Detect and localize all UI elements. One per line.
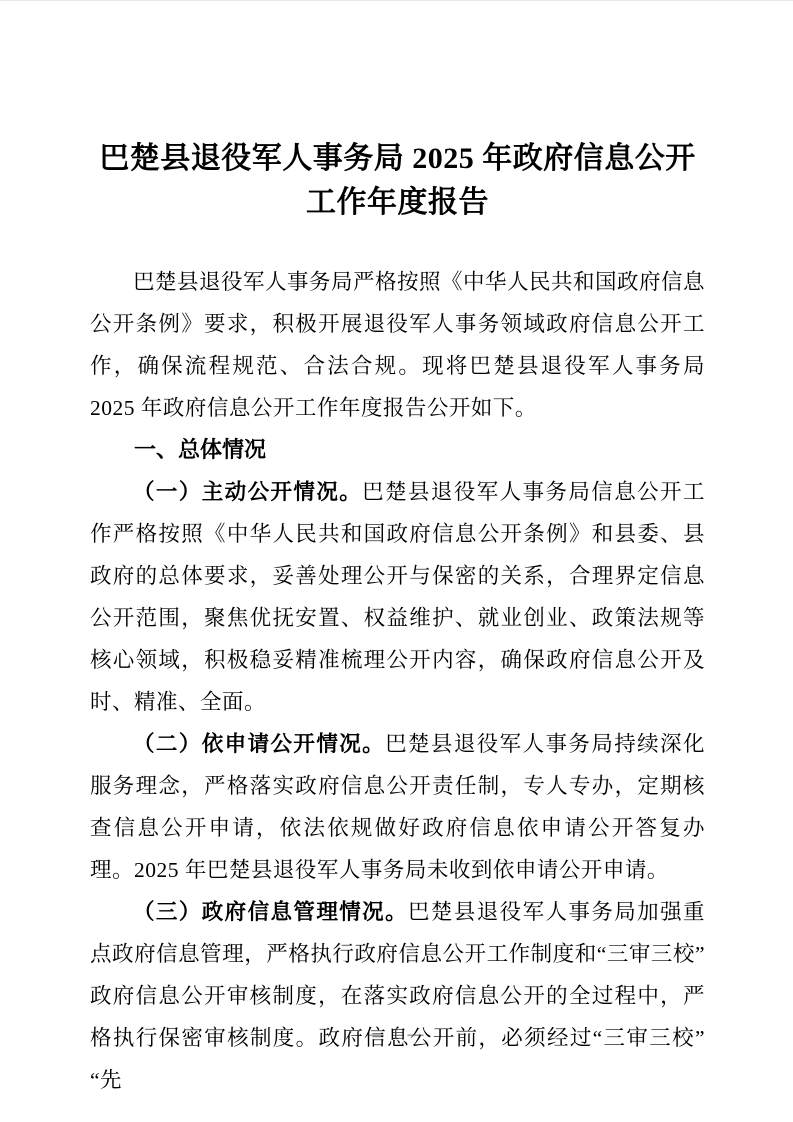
subsection-heading: （一）主动公开情况。 <box>133 480 362 504</box>
section-heading-overall-situation: 一、总体情况 <box>90 429 705 471</box>
subsection-information-management: （三）政府信息管理情况。巴楚县退役军人事务局加强重点政府信息管理，严格执行政府信… <box>90 891 705 1101</box>
subsection-body: 巴楚县退役军人事务局信息公开工作严格按照《中华人民共和国政府信息公开条例》和县委… <box>90 480 705 714</box>
subsection-disclosure-upon-request: （二）依申请公开情况。巴楚县退役军人事务局持续深化服务理念，严格落实政府信息公开… <box>90 723 705 891</box>
subsection-heading: （三）政府信息管理情况。 <box>133 900 408 924</box>
subsection-proactive-disclosure: （一）主动公开情况。巴楚县退役军人事务局信息公开工作严格按照《中华人民共和国政府… <box>90 471 705 723</box>
document-title-line-2: 工作年度报告 <box>90 181 705 225</box>
subsection-heading: （二）依申请公开情况。 <box>133 732 385 756</box>
page-number: — 1 — <box>0 1026 793 1044</box>
document-page: 巴楚县退役军人事务局 2025 年政府信息公开 工作年度报告 巴楚县退役军人事务… <box>0 0 793 1122</box>
document-title-line-1: 巴楚县退役军人事务局 2025 年政府信息公开 <box>90 137 705 181</box>
document-content: 巴楚县退役军人事务局 2025 年政府信息公开 工作年度报告 巴楚县退役军人事务… <box>90 137 705 1101</box>
subsection-body: 巴楚县退役军人事务局加强重点政府信息管理，严格执行政府信息公开工作制度和“三审三… <box>90 900 705 1092</box>
document-title: 巴楚县退役军人事务局 2025 年政府信息公开 工作年度报告 <box>90 137 705 225</box>
intro-paragraph: 巴楚县退役军人事务局严格按照《中华人民共和国政府信息公开条例》要求，积极开展退役… <box>90 261 705 429</box>
